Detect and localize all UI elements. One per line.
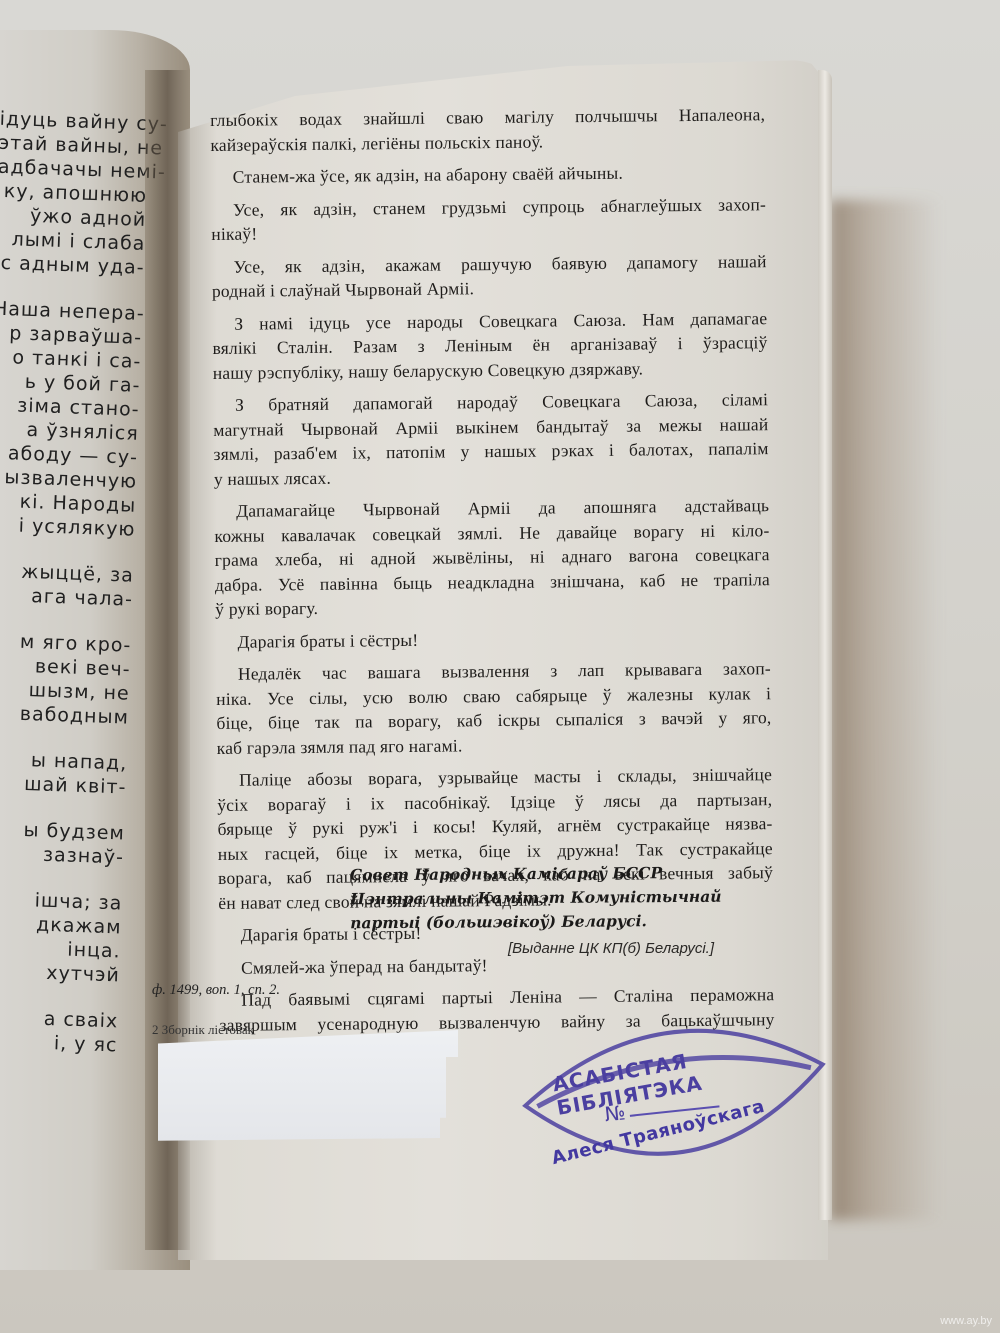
paragraph: Дапамагайце Чырвонай Арміі да апошняга а… xyxy=(214,493,770,621)
text-line: вабодным xyxy=(0,700,129,729)
watermark: www.ay.by xyxy=(940,1315,992,1327)
paragraph: Усе, як адзін, акажам рашучую баявую дап… xyxy=(212,249,767,304)
signature-block: Совет Народных Камісараў БССР Цэнтральны… xyxy=(350,861,722,936)
paragraph: глыбокіх водах знайшлі сваю магілу полчы… xyxy=(210,102,765,157)
paragraph: З братняй дапамогай народаў Совецкага Са… xyxy=(213,387,769,491)
paragraph: Недалёк час вашага вызвалення з лап крыв… xyxy=(216,656,772,760)
text-line: ку, апошнюю xyxy=(0,179,147,208)
text-line: зіма стано- xyxy=(0,393,140,422)
book-shadow xyxy=(830,200,940,1220)
text-line: і усялякую xyxy=(0,513,136,542)
text-line: і, у яс xyxy=(0,1028,118,1057)
text-line: м яго кро- xyxy=(0,628,132,657)
signature-line: Цэнтральны Камітэт Комуністычнай xyxy=(350,885,722,912)
text-line: с адным уда- xyxy=(0,251,145,280)
paragraph: Усе, як адзін, станем грудзьмі супроць а… xyxy=(211,192,766,247)
stamp-number-label: № xyxy=(603,1100,626,1126)
paragraph: З намі ідуць усе народы Совецкага Саюза.… xyxy=(212,306,768,385)
signature-line: Совет Народных Камісараў БССР xyxy=(350,861,722,888)
signature-line: партыі (большэвікоў) Беларусі. xyxy=(350,909,722,936)
publisher-note: [Выданне ЦК КП(б) Беларусі.] xyxy=(508,940,714,957)
text-line: о танкі і са- xyxy=(0,345,142,374)
archive-footnote: ф. 1499, воп. 1, сп. 2. xyxy=(152,982,280,999)
signature-mark: 2 Зборнік лістовак xyxy=(152,1022,254,1038)
